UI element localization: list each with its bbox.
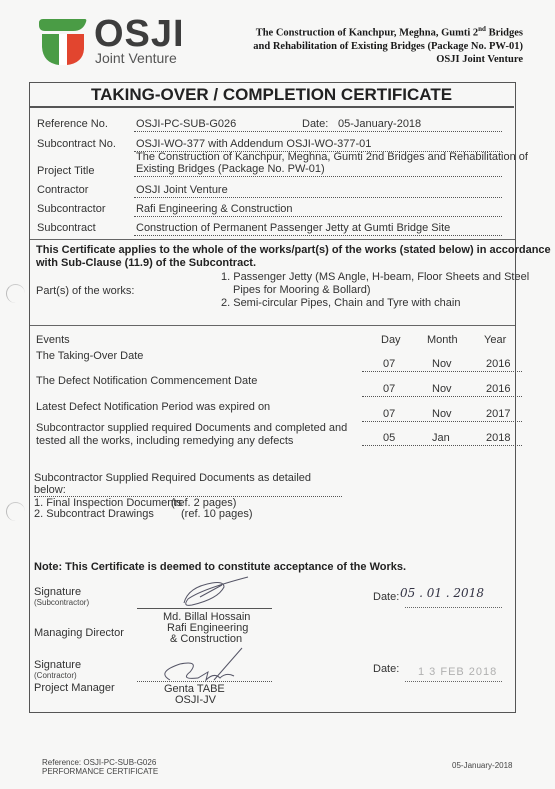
subcontractor-field: Rafi Engineering & Construction (134, 203, 502, 217)
event-label: Subcontractor supplied required Document… (36, 422, 347, 434)
parts-label: Part(s) of the works: (36, 285, 134, 297)
event-month: Nov (432, 383, 452, 395)
event-day: 07 (383, 408, 395, 420)
day-header: Day (381, 334, 401, 346)
footer-reference: Reference: OSJI-PC-SUB-G026 PERFORMANCE … (42, 758, 158, 776)
event-label-cont: tested all the works, including remedyin… (36, 435, 293, 447)
con-signature-label: Signature (34, 659, 81, 671)
sub-signature-sublabel: (Subcontractor) (34, 598, 89, 607)
event-label: The Defect Notification Commencement Dat… (36, 375, 257, 387)
date-label: Date: (302, 118, 328, 130)
event-date-line (362, 371, 522, 372)
event-month: Jan (432, 432, 450, 444)
divider (30, 325, 515, 326)
document-2-ref: (ref. 10 pages) (181, 508, 253, 520)
event-year: 2018 (486, 432, 510, 444)
applies-line2: with Sub-Clause (11.9) of the Subcontrac… (36, 257, 256, 269)
subcontract-field: Construction of Permanent Passenger Jett… (134, 222, 502, 236)
event-day: 07 (383, 383, 395, 395)
con-date-stamp: 1 3 FEB 2018 (418, 666, 497, 678)
logo-subtitle: Joint Venture (95, 50, 177, 66)
con-date-line (405, 681, 502, 682)
subcontractor-signature-icon (178, 573, 268, 609)
event-month: Nov (432, 358, 452, 370)
document-2-name: 2. Subcontract Drawings (34, 508, 154, 520)
reference-label: Reference No. (37, 118, 108, 130)
part-1-line2: Pipes for Mooring & Bollard) (233, 284, 371, 296)
con-company: OSJI-JV (175, 694, 216, 706)
event-year: 2016 (486, 358, 510, 370)
event-month: Nov (432, 408, 452, 420)
part-1-line1: 1. Passenger Jetty (MS Angle, H-beam, Fl… (221, 271, 529, 283)
sub-signature-line (137, 608, 272, 609)
footer-date: 05-January-2018 (452, 761, 512, 770)
event-date-line (362, 445, 522, 446)
date-value: 05-January-2018 (338, 118, 421, 130)
events-header: Events (36, 334, 70, 346)
event-label: The Taking-Over Date (36, 350, 143, 362)
contractor-field: OSJI Joint Venture (134, 184, 502, 198)
applies-line1: This Certificate applies to the whole of… (36, 244, 551, 256)
certificate-title: TAKING-OVER / COMPLETION CERTIFICATE (29, 82, 514, 108)
part-2: 2. Semi-circular Pipes, Chain and Tyre w… (221, 297, 460, 309)
subcontract-no-field: OSJI-WO-377 with Addendum OSJI-WO-377-01 (134, 138, 502, 152)
acceptance-note: Note: This Certificate is deemed to cons… (34, 561, 406, 573)
punch-hole (6, 284, 25, 303)
divider (30, 239, 515, 240)
contractor-label: Contractor (37, 184, 88, 196)
event-label: Latest Defect Notification Period was ex… (36, 401, 270, 413)
documents-heading: Subcontractor Supplied Required Document… (34, 472, 342, 497)
subcontract-no-label: Subcontract No. (37, 138, 116, 150)
reference-value: OSJI-PC-SUB-G026 (136, 118, 236, 130)
event-day: 05 (383, 432, 395, 444)
project-title-line1: The Construction of Kanchpur, Meghna, Gu… (136, 151, 528, 163)
contractor-signature-icon (150, 642, 260, 686)
punch-hole (6, 502, 25, 521)
sub-signature-label: Signature (34, 586, 81, 598)
month-header: Month (427, 334, 458, 346)
con-signature-sublabel: (Contractor) (34, 671, 77, 680)
sub-date-line (405, 607, 502, 608)
event-day: 07 (383, 358, 395, 370)
osji-logo-icon (37, 17, 89, 67)
year-header: Year (484, 334, 506, 346)
project-header: The Construction of Kanchpur, Meghna, Gu… (253, 23, 523, 66)
con-signature-line (137, 681, 272, 682)
event-year: 2017 (486, 408, 510, 420)
sub-date-label: Date: (373, 591, 399, 603)
event-date-line (362, 396, 522, 397)
project-title-field: Existing Bridges (Package No. PW-01) (134, 163, 502, 177)
event-year: 2016 (486, 383, 510, 395)
subcontract-label: Subcontract (37, 222, 96, 234)
sub-role: Managing Director (34, 627, 124, 639)
project-title-label: Project Title (37, 165, 94, 177)
sub-date-handwritten: 05 . 01 . 2018 (400, 586, 484, 600)
con-date-label: Date: (373, 663, 399, 675)
subcontractor-label: Subcontractor (37, 203, 105, 215)
event-date-line (362, 421, 522, 422)
con-role: Project Manager (34, 682, 115, 694)
